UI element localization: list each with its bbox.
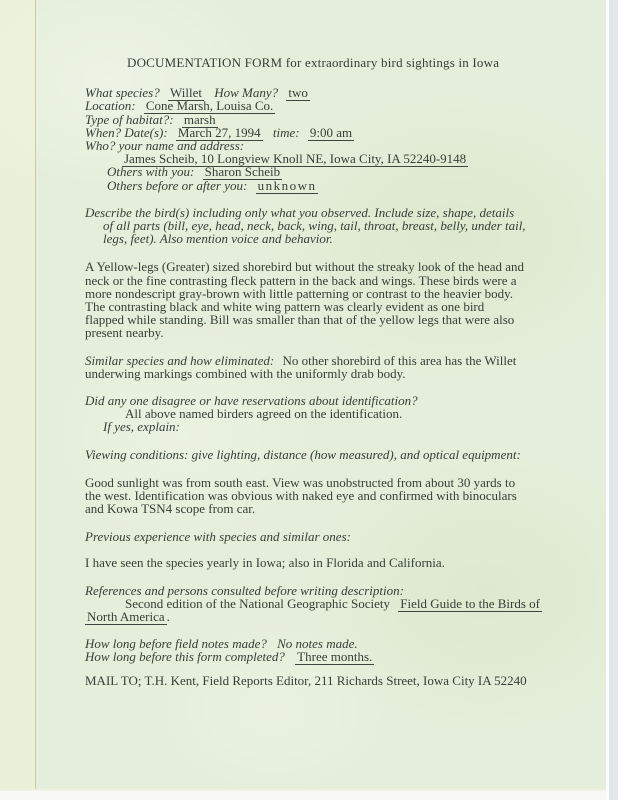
- describe-prompt: Describe the bird(s) including only what…: [85, 206, 563, 246]
- references-line2: North America.: [85, 610, 563, 623]
- form-title: DOCUMENTATION FORM for extraordinary bir…: [127, 56, 563, 69]
- scanned-image: DOCUMENTATION FORM for extraordinary bir…: [0, 0, 618, 800]
- scanner-bed-right-edge: [606, 0, 618, 800]
- references-section: References and persons consulted before …: [85, 584, 563, 624]
- viewing-conditions-label: Viewing conditions: give lighting, dista…: [85, 448, 563, 461]
- viewing-line3: and Kowa TSN4 scope from car.: [85, 502, 563, 515]
- description-paragraph: A Yellow-legs (Greater) sized shorebird …: [85, 260, 563, 339]
- time-label: time:: [273, 125, 300, 140]
- disagree-section: Did any one disagree or have reservation…: [85, 394, 563, 434]
- if-yes-explain: If yes, explain:: [103, 420, 563, 433]
- similar-species-line2: underwing markings combined with the uni…: [85, 367, 563, 380]
- others-before-value: unknown: [256, 178, 319, 194]
- field-others-before-line: Others before or after you: unknown: [107, 179, 563, 192]
- book-title-part1: Field Guide to the Birds of: [398, 596, 542, 612]
- form-completed-answer: Three months.: [295, 649, 374, 665]
- scanner-bed-bottom-edge: [0, 789, 606, 800]
- description-line2: neck or the fine contrasting fleck patte…: [85, 274, 563, 287]
- disagree-answer: All above named birders agreed on the id…: [125, 407, 563, 420]
- previous-experience-label: Previous experience with species and sim…: [85, 530, 563, 543]
- description-line1: A Yellow-legs (Greater) sized shorebird …: [85, 260, 563, 273]
- viewing-conditions-answer: Good sunlight was from south east. View …: [85, 476, 563, 516]
- previous-experience-answer: I have seen the species yearly in Iowa; …: [85, 556, 563, 569]
- how-many-value: two: [286, 85, 310, 101]
- header-fields: What species? Willet How Many? two Locat…: [85, 86, 563, 192]
- form-completed-line: How long before this form completed? Thr…: [85, 650, 563, 663]
- describe-prompt-line3: legs, feet). Also mention voice and beha…: [103, 232, 563, 245]
- references-period: .: [167, 609, 170, 624]
- references-line1: Second edition of the National Geographi…: [125, 597, 563, 610]
- others-before-label: Others before or after you:: [107, 178, 247, 193]
- form-completed-question: How long before this form completed?: [85, 649, 285, 664]
- book-title-part2: North America: [85, 609, 167, 625]
- notes-section: How long before field notes made? No not…: [85, 637, 563, 663]
- mailto-line: MAIL TO; T.H. Kent, Field Reports Editor…: [85, 674, 563, 687]
- similar-species-line1: Similar species and how eliminated: No o…: [85, 354, 563, 367]
- time-value: 9:00 am: [308, 125, 354, 141]
- description-line6: present nearby.: [85, 326, 563, 339]
- document-page: DOCUMENTATION FORM for extraordinary bir…: [0, 0, 606, 789]
- document-content: DOCUMENTATION FORM for extraordinary bir…: [0, 0, 606, 789]
- similar-species-section: Similar species and how eliminated: No o…: [85, 354, 563, 380]
